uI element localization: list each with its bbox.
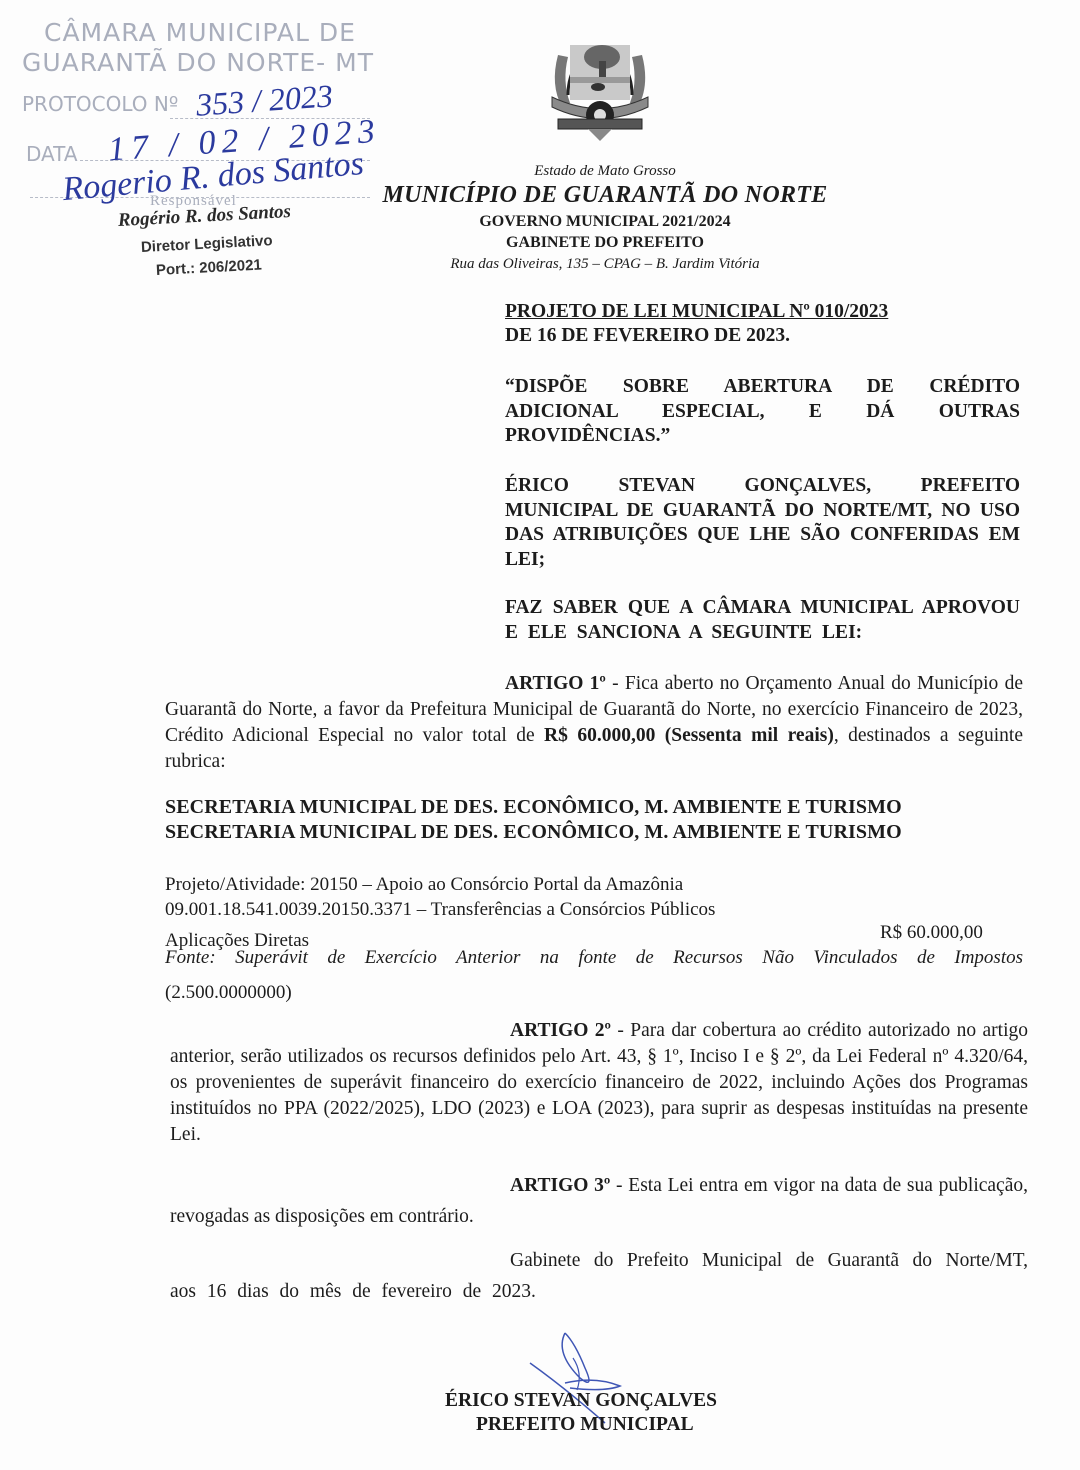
- mayor-name: ÉRICO STEVAN GONÇALVES: [445, 1390, 717, 1412]
- article-2-label: ARTIGO 2º: [510, 1020, 611, 1041]
- article-3: ARTIGO 3º - Esta Lei entra em vigor na d…: [170, 1170, 1028, 1232]
- funding-source-code: (2.500.0000000): [165, 980, 292, 1005]
- header-state: Estado de Mato Grosso: [380, 163, 830, 180]
- bill-title: PROJETO DE LEI MUNICIPAL Nº 010/2023: [505, 300, 1020, 325]
- stamp-line-2: GUARANTÃ DO NORTE- MT: [22, 48, 374, 77]
- article-1-amount: R$ 60.000,00 (Sessenta mil reais): [544, 725, 834, 746]
- application-value: R$ 60.000,00: [880, 920, 983, 945]
- mayor-signature-icon: [525, 1328, 645, 1428]
- article-2: ARTIGO 2º - Para dar cobertura ao crédit…: [170, 1018, 1028, 1148]
- budget-code: 09.001.18.541.0039.20150.3371 – Transfer…: [165, 897, 715, 922]
- closing-text: Gabinete do Prefeito Municipal de Guaran…: [170, 1250, 1028, 1302]
- funding-source: Fonte: Superávit de Exercício Anterior n…: [165, 945, 1023, 970]
- stamp-date-label: DATA: [26, 142, 78, 166]
- header-government: GOVERNO MUNICIPAL 2021/2024: [380, 213, 830, 231]
- bill-summary: “DISPÕE SOBRE ABERTURA DE CRÉDITO ADICIO…: [505, 375, 1020, 449]
- bill-enactment: FAZ SABER QUE A CÂMARA MUNICIPAL APROVOU…: [505, 596, 1020, 645]
- stamp-line-1: CÂMARA MUNICIPAL DE: [44, 18, 356, 47]
- article-1-label: ARTIGO 1º: [505, 673, 606, 694]
- responsible-name: Rogério R. dos Santos: [117, 201, 291, 232]
- bill-date: DE 16 DE FEVEREIRO DE 2023.: [505, 324, 1020, 349]
- bill-preamble: ÉRICO STEVAN GONÇALVES, PREFEITO MUNICIP…: [505, 474, 1020, 572]
- secretariat-line-1: SECRETARIA MUNICIPAL DE DES. ECONÔMICO, …: [165, 795, 902, 820]
- header-office: GABINETE DO PREFEITO: [380, 234, 830, 252]
- coat-of-arms-icon: [540, 15, 660, 145]
- mayor-title: PREFEITO MUNICIPAL: [476, 1414, 694, 1436]
- header-address: Rua das Oliveiras, 135 – CPAG – B. Jardi…: [380, 256, 830, 273]
- responsible-role: Diretor Legislativo: [141, 232, 273, 256]
- header-municipality: MUNICÍPIO DE GUARANTÃ DO NORTE: [380, 182, 830, 209]
- project-activity: Projeto/Atividade: 20150 – Apoio ao Cons…: [165, 872, 683, 897]
- secretariat-line-2: SECRETARIA MUNICIPAL DE DES. ECONÔMICO, …: [165, 820, 902, 845]
- stamp-protocol-label: PROTOCOLO Nº: [22, 92, 178, 116]
- responsible-port: Port.: 206/2021: [156, 256, 263, 279]
- article-1: ARTIGO 1º - Fica aberto no Orçamento Anu…: [165, 671, 1023, 775]
- closing-statement: Gabinete do Prefeito Municipal de Guaran…: [170, 1245, 1028, 1307]
- article-3-label: ARTIGO 3º: [510, 1175, 610, 1196]
